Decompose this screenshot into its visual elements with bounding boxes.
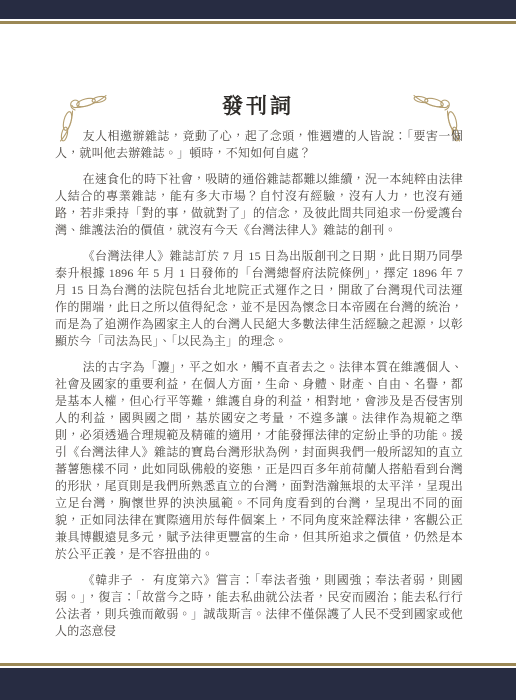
paragraph-4: 法的古字為「灋」，平之如水，觸不直者去之。法律本質在維護個人、社會及國家的重要利… [55,359,463,563]
magazine-foreword-page: 發刊詞 友人相邀辦雜誌，竟動了心，起了念頭，惟週遭的人皆說：「要害一個人，就叫他… [0,0,516,700]
top-gold-rule [0,21,516,24]
bottom-gold-rule [0,663,516,666]
foreword-body: 友人相邀辦雜誌，竟動了心，起了念頭，惟週遭的人皆說：「要害一個人，就叫他去辦雜誌… [55,128,463,649]
paragraph-3: 《台灣法律人》雜誌訂於 7 月 15 日為出版創刊之日期，此日期乃同學泰升根據 … [55,248,463,350]
paragraph-5: 《韓非子 ‧ 有度第六》嘗言：「奉法者強，則國強；奉法者弱，則國弱。」，復言：「… [55,572,463,640]
top-border-band [0,0,516,19]
bottom-border-band [0,668,516,700]
paragraph-1: 友人相邀辦雜誌，竟動了心，起了念頭，惟週遭的人皆說：「要害一個人，就叫他去辦雜誌… [55,128,463,162]
paragraph-2: 在速食化的時下社會，吸睛的通俗雜誌都難以維續，況一本純粹由法律人結合的專業雜誌，… [55,171,463,239]
